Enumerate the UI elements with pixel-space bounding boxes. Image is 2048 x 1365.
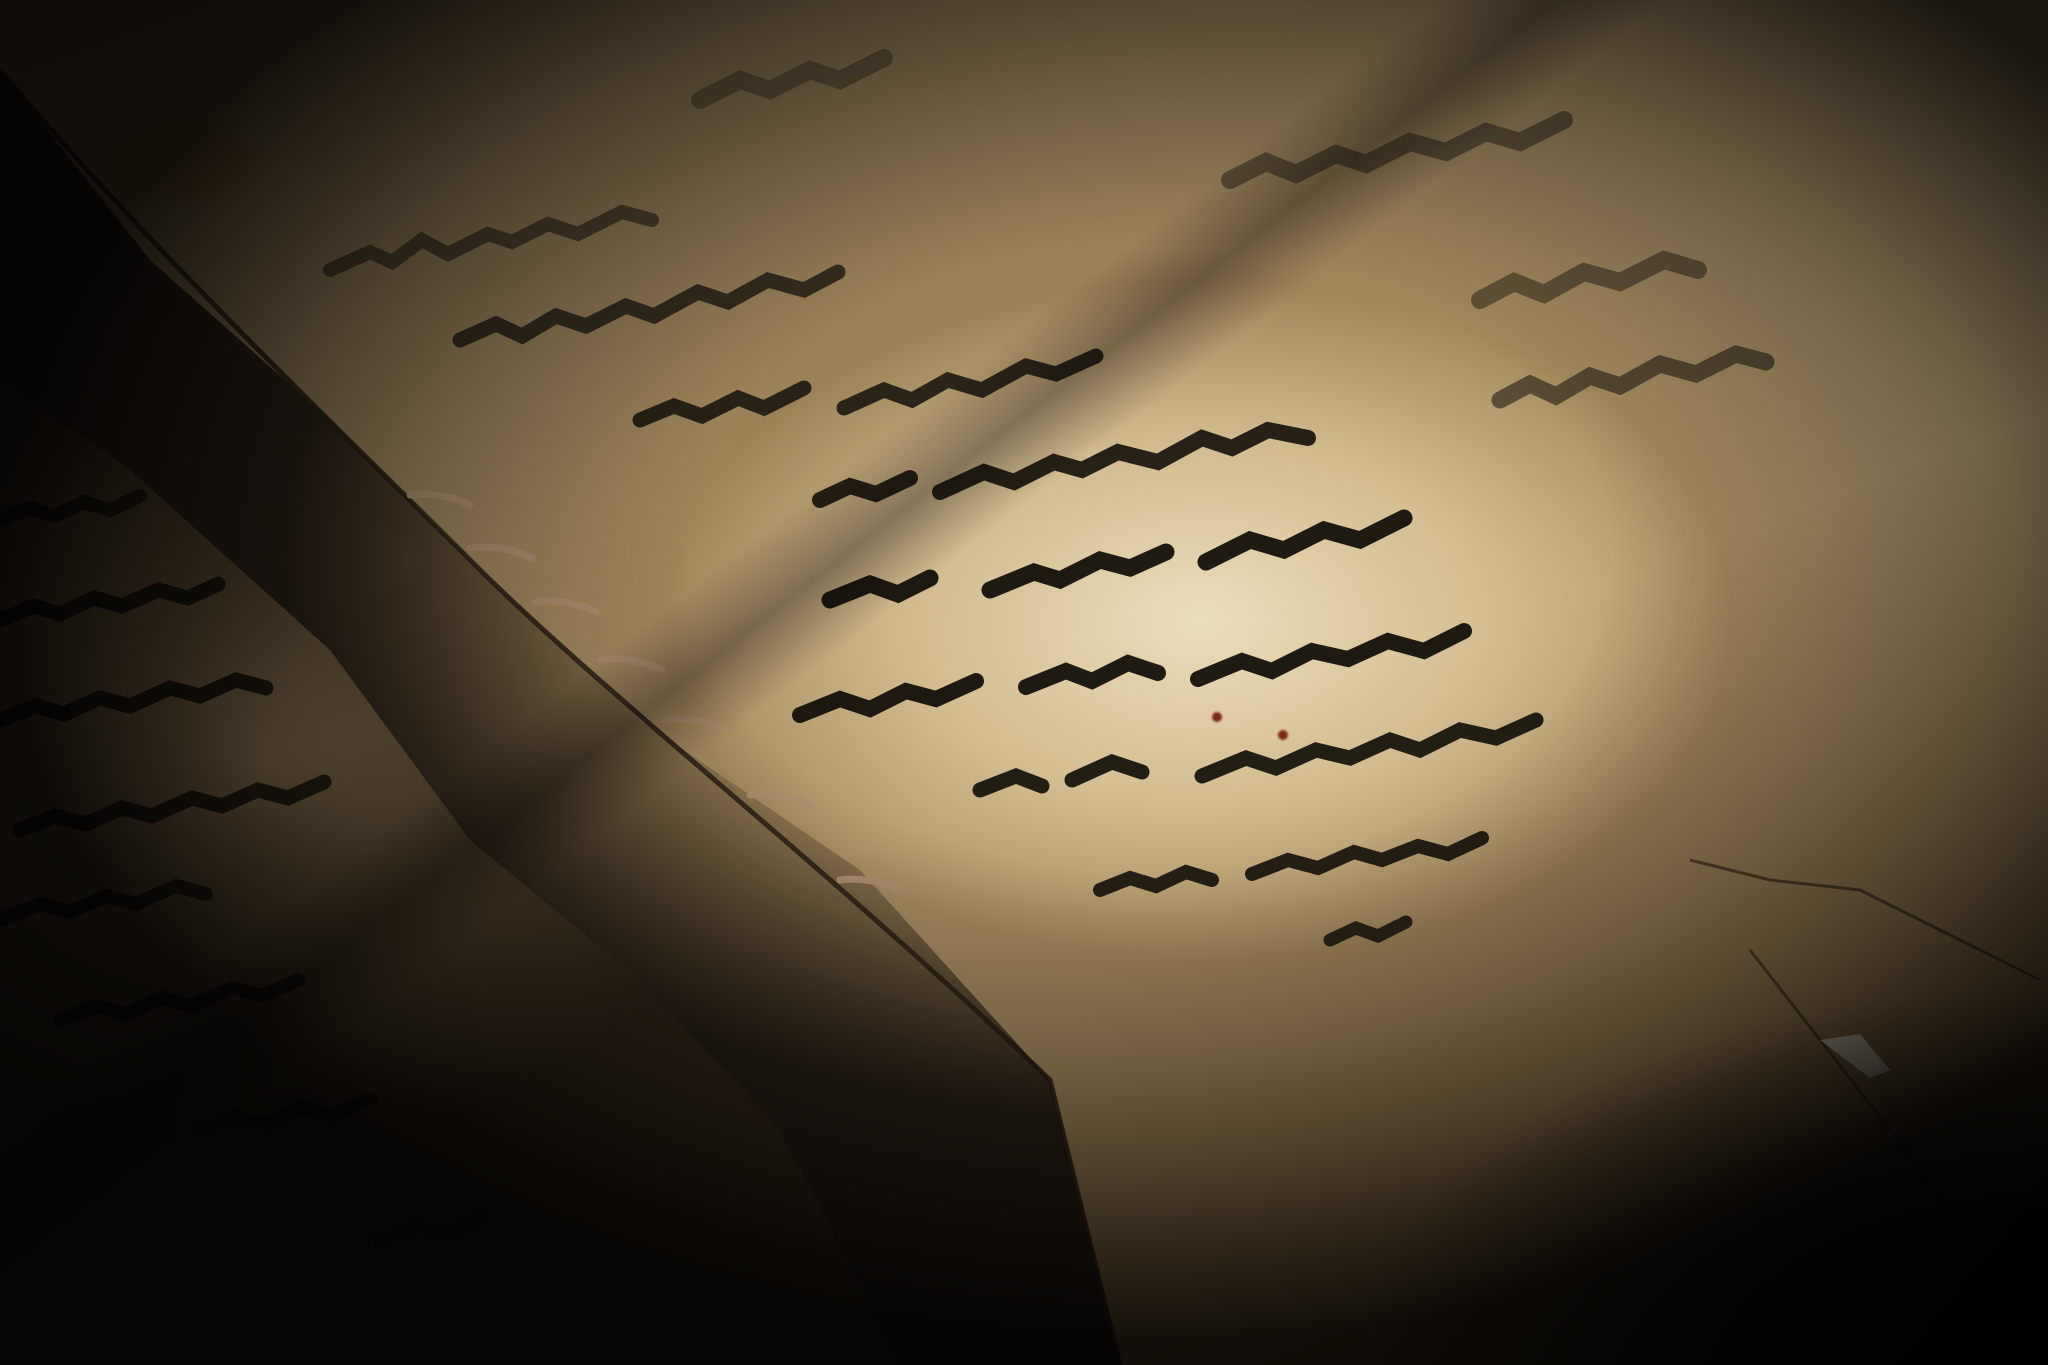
bottom-right-shadow [1348,985,2048,1365]
manuscript-photo: Close-up of an ancient handwritten Hebre… [0,0,2048,1365]
